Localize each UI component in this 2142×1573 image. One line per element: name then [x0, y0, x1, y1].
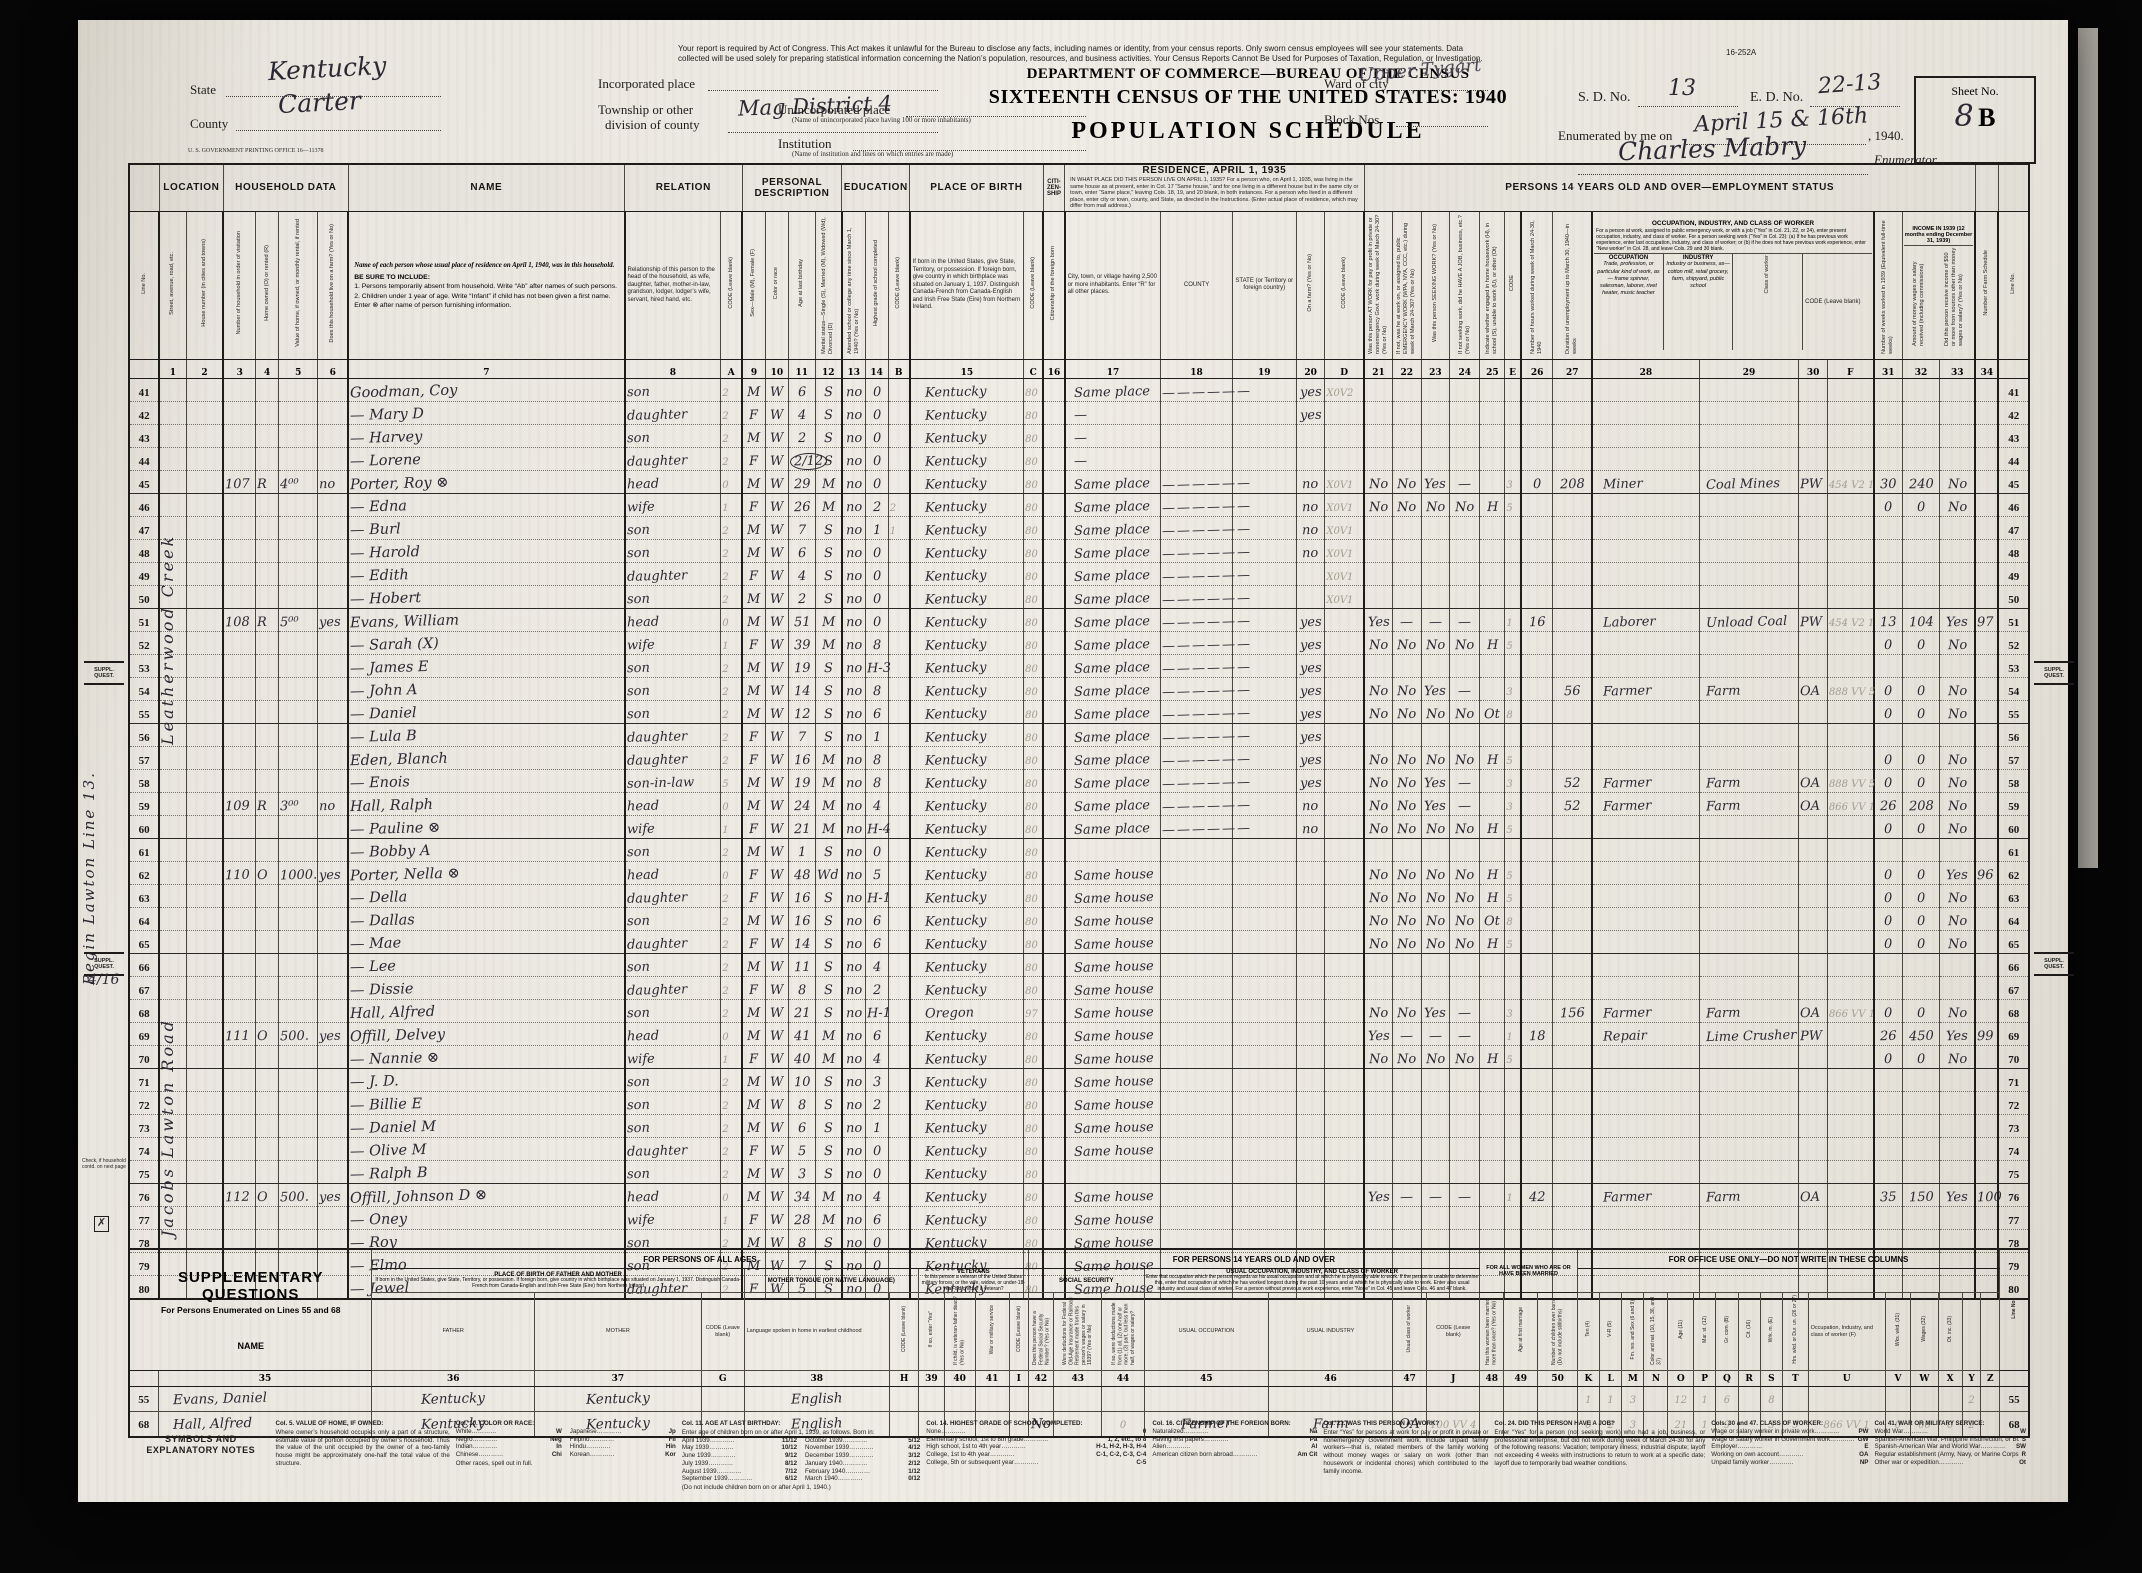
cell-f20-52: yes: [1296, 631, 1325, 654]
census-row-58: 58— Enoisson-in-law5MW19Mno8Kentucky80Sa…: [129, 769, 2029, 792]
cell-b-42: [888, 401, 909, 424]
cell-q23-46: No: [1421, 493, 1450, 516]
cell-f20-56: yes: [1296, 723, 1325, 746]
cell-name-68: Hall, Alfred: [348, 999, 624, 1022]
cell-h6-62: yes: [318, 861, 348, 884]
group-header-6: EDUCATION: [842, 164, 910, 211]
cell-q21-63: No: [1364, 884, 1393, 907]
cell-name-42: — Mary D: [348, 401, 624, 424]
cell-age-70: 40: [788, 1045, 815, 1068]
cell-sch-61: no: [842, 838, 865, 861]
cell-ind-68: Farm: [1699, 999, 1799, 1022]
cell-q23-59: Yes: [1421, 792, 1450, 815]
cell-gr-63: H-1: [865, 884, 888, 907]
cell-r17-73: Same house: [1065, 1114, 1161, 1137]
cell-d-71: [1325, 1068, 1364, 1091]
cell-h6-71: [318, 1068, 348, 1091]
cell-mar-63: S: [815, 884, 842, 907]
cell-q22-49: [1393, 562, 1422, 585]
cell-q21-48: [1364, 539, 1393, 562]
cell-w32-72: [1902, 1091, 1939, 1114]
col-number-h5: 5: [279, 359, 318, 378]
cell-race-42: W: [765, 401, 788, 424]
cell-c-75: 80: [1024, 1160, 1044, 1183]
cell-b-62: [888, 861, 909, 884]
cell-age-77: 28: [788, 1206, 815, 1229]
cell-b-50: [888, 585, 909, 608]
cell-d27-46: [1553, 493, 1592, 516]
cell-name-63: — Della: [348, 884, 624, 907]
cell-occ-51: Laborer: [1592, 608, 1699, 631]
cell-h3-72: [223, 1091, 255, 1114]
cell-race-53: W: [765, 654, 788, 677]
cell-c-59: 80: [1024, 792, 1044, 815]
col-number-q22: 22: [1393, 359, 1422, 378]
cell-h4-51: R: [256, 608, 279, 631]
cell-q23-68: Yes: [1421, 999, 1450, 1022]
cell-h6-73: [318, 1114, 348, 1137]
cell-ln-59: 59: [129, 792, 159, 815]
cell-q23-42: [1421, 401, 1450, 424]
cell-lnR-45: 45: [1998, 470, 2029, 493]
cell-age-76: 34: [788, 1183, 815, 1206]
cell-hn-72: [186, 1091, 223, 1114]
cell-d27-45: 208: [1553, 470, 1592, 493]
cell-rel-69: head: [625, 1022, 721, 1045]
cell-mar-48: S: [815, 539, 842, 562]
cell-w31-60: 0: [1874, 815, 1903, 838]
cell-d27-42: [1553, 401, 1592, 424]
cell-c-48: 80: [1024, 539, 1044, 562]
cell-name-45: Porter, Roy ⊗: [348, 470, 624, 493]
cell-f20-75: [1296, 1160, 1325, 1183]
cell-gr-65: 6: [865, 930, 888, 953]
cell-q21-64: No: [1364, 907, 1393, 930]
cell-q23-48: [1421, 539, 1450, 562]
cell-q24-63: No: [1450, 884, 1480, 907]
cell-d27-43: [1553, 424, 1592, 447]
cell-h3-48: [223, 539, 255, 562]
cell-pob-64: Kentucky: [910, 907, 1024, 930]
cell-h5-61: [279, 838, 318, 861]
privacy-notice-line2: collected will be used solely for prepar…: [678, 54, 1798, 64]
cell-sch-41: no: [842, 378, 865, 401]
census-row-46: 46— Ednawife1FW26Mno22Kentucky80Same pla…: [129, 493, 2029, 516]
cell-f-64: [1827, 907, 1873, 930]
cell-occ-44: [1592, 447, 1699, 470]
cell-lnR-66: 66: [1998, 953, 2029, 976]
cell-r18-67: [1161, 976, 1232, 999]
cell-ln-53: 53: [129, 654, 159, 677]
cell-cit-47: [1043, 516, 1064, 539]
cell-cit-58: [1043, 769, 1064, 792]
cell-ind-59: Farm: [1699, 792, 1799, 815]
cell-fs-60: [1975, 815, 1998, 838]
cell-w33-46: No: [1940, 493, 1976, 516]
cell-h26-50: [1521, 585, 1553, 608]
cell-d27-53: [1553, 654, 1592, 677]
cell-fs-75: [1975, 1160, 1998, 1183]
cell-h4-61: [256, 838, 279, 861]
supplement-band-0: FOR PERSONS OF ALL AGES: [372, 1249, 1028, 1269]
cell-f20-53: yes: [1296, 654, 1325, 677]
cell-sex-47: M: [742, 516, 765, 539]
cell-fs-42: [1975, 401, 1998, 424]
cell-cit-50: [1043, 585, 1064, 608]
enumerator-name: Charles Mabry: [1618, 131, 1807, 167]
cell-d27-41: [1553, 378, 1592, 401]
cell-r18-42: [1161, 401, 1232, 424]
cell-q24-75: [1450, 1160, 1480, 1183]
cell-st-58: [159, 769, 186, 792]
cell-rel-74: daughter: [625, 1137, 721, 1160]
sup-col-header-P: Mar. st. (12): [1694, 1293, 1716, 1371]
cell-w32-60: 0: [1902, 815, 1939, 838]
col-header-c: CODE (Leave blank): [1024, 211, 1044, 359]
cell-name-57: Eden, Blanch: [348, 746, 624, 769]
cell-lnR-64: 64: [1998, 907, 2029, 930]
cell-q23-71: [1421, 1068, 1450, 1091]
cell-r17-42: —: [1065, 401, 1161, 424]
cell-cls-65: [1799, 930, 1828, 953]
cell-r17-41: Same place: [1065, 378, 1161, 401]
cell-a-67: 2: [721, 976, 742, 999]
cell-ln-42: 42: [129, 401, 159, 424]
cell-r18-69: [1161, 1022, 1232, 1045]
sd-no-value: 13: [1668, 76, 1696, 101]
cell-q23-63: No: [1421, 884, 1450, 907]
cell-h26-66: [1521, 953, 1553, 976]
cell-name-46: — Edna: [348, 493, 624, 516]
census-row-49: 49— Edithdaughter2FW4Sno0Kentucky80Same …: [129, 562, 2029, 585]
cell-gr-66: 4: [865, 953, 888, 976]
cell-a-54: 2: [721, 677, 742, 700]
cell-sex-68: M: [742, 999, 765, 1022]
cell-w33-54: No: [1940, 677, 1976, 700]
cell-d27-44: [1553, 447, 1592, 470]
cell-mar-71: S: [815, 1068, 842, 1091]
cell-age-54: 14: [788, 677, 815, 700]
sup-col-header-v41: War or military service: [975, 1293, 1009, 1371]
cell-q25-71: [1480, 1068, 1505, 1091]
cell-q21-52: No: [1364, 631, 1393, 654]
census-row-48: 48— Haroldson2MW6Sno0Kentucky80Same plac…: [129, 539, 2029, 562]
cell-h3-49: [223, 562, 255, 585]
cell-hn-70: [186, 1045, 223, 1068]
cell-fs-77: [1975, 1206, 1998, 1229]
cell-mar-68: S: [815, 999, 842, 1022]
cell-w33-49: [1940, 562, 1976, 585]
cell-age-64: 16: [788, 907, 815, 930]
cell-c-51: 80: [1024, 608, 1044, 631]
sup-col-header-o46: USUAL INDUSTRY: [1268, 1293, 1392, 1371]
cell-q24-45: —: [1450, 470, 1480, 493]
cell-e-41: [1505, 378, 1521, 401]
cell-c-62: 80: [1024, 861, 1044, 884]
cell-f-66: [1827, 953, 1873, 976]
cell-hn-53: [186, 654, 223, 677]
cell-d27-57: [1553, 746, 1592, 769]
cell-cls-52: [1799, 631, 1828, 654]
cell-fs-56: [1975, 723, 1998, 746]
subgroup-usual-occupation: USUAL OCCUPATION, INDUSTRY, AND CLASS OF…: [1144, 1269, 1479, 1293]
cell-h4-45: R: [256, 470, 279, 493]
cell-occ-71: [1592, 1068, 1699, 1091]
col-header-w31: Number of weeks worked in 1939 (Equivale…: [1874, 211, 1903, 359]
cell-cit-67: [1043, 976, 1064, 999]
cell-cit-46: [1043, 493, 1064, 516]
cell-ln-65: 65: [129, 930, 159, 953]
cell-name-74: — Olive M: [348, 1137, 624, 1160]
cell-sch-47: no: [842, 516, 865, 539]
cell-q25-69: [1480, 1022, 1505, 1045]
sup-col-number-U: U: [1808, 1371, 1885, 1387]
cell-sch-59: no: [842, 792, 865, 815]
cell-occ-43: [1592, 424, 1699, 447]
cell-pob-63: Kentucky: [910, 884, 1024, 907]
cell-pob-49: Kentucky: [910, 562, 1024, 585]
col-number-w32: 32: [1902, 359, 1939, 378]
cell-b-55: [888, 700, 909, 723]
cell-h4-42: [256, 401, 279, 424]
census-row-45: 45107R4⁰⁰noPorter, Roy ⊗head0MW29Mno0Ken…: [129, 470, 2029, 493]
cell-race-49: W: [765, 562, 788, 585]
cell-q21-75: [1364, 1160, 1393, 1183]
note-block-0: SYMBOLS AND EXPLANATORY NOTES: [132, 1420, 270, 1492]
cell-f20-71: [1296, 1068, 1325, 1091]
cell-gr-62: 5: [865, 861, 888, 884]
cell-d-73: [1325, 1114, 1364, 1137]
cell-occ-56: [1592, 723, 1699, 746]
cell-q24-61: [1450, 838, 1480, 861]
census-row-74: 74— Olive Mdaughter2FW5Sno0Kentucky80Sam…: [129, 1137, 2029, 1160]
cell-q21-76: Yes: [1364, 1183, 1393, 1206]
cell-q24-52: No: [1450, 631, 1480, 654]
cell-w32-61: [1902, 838, 1939, 861]
cell-sch-76: no: [842, 1183, 865, 1206]
cell-lnR-53: 53: [1998, 654, 2029, 677]
cell-d-48: X0V1: [1325, 539, 1364, 562]
cell-q23-67: [1421, 976, 1450, 999]
cell-r17-67: Same house: [1065, 976, 1161, 999]
unincorporated-subnote: (Name of unincorporated place having 100…: [792, 116, 971, 124]
cell-cls-74: [1799, 1137, 1828, 1160]
cell-occ-67: [1592, 976, 1699, 999]
cell-r17-68: Same house: [1065, 999, 1161, 1022]
cell-lnR-75: 75: [1998, 1160, 2029, 1183]
cell-f20-65: [1296, 930, 1325, 953]
sup-cell-P-55: 1: [1694, 1387, 1716, 1412]
sup-cell-v41-55: [975, 1387, 1009, 1412]
sup-col-number-w48: 48: [1480, 1371, 1504, 1387]
cell-w31-46: 0: [1874, 493, 1903, 516]
cell-h5-48: [279, 539, 318, 562]
col-number-a: A: [721, 359, 742, 378]
col-number-sch: 13: [842, 359, 865, 378]
cell-sch-42: no: [842, 401, 865, 424]
cell-ind-56: [1699, 723, 1799, 746]
cell-h26-58: [1521, 769, 1553, 792]
cell-race-63: W: [765, 884, 788, 907]
cell-e-52: 5: [1505, 631, 1521, 654]
cell-r17-46: Same place: [1065, 493, 1161, 516]
cell-q22-68: No: [1393, 999, 1422, 1022]
sup-cell-N-55: [1644, 1387, 1668, 1412]
cell-d27-64: [1553, 907, 1592, 930]
census-row-62: 62110O1000.yesPorter, Nella ⊗head0FW48Wd…: [129, 861, 2029, 884]
cell-f-48: [1827, 539, 1873, 562]
cell-b-71: [888, 1068, 909, 1091]
sup-col-header-R: Cit. (16): [1738, 1293, 1760, 1371]
cell-ln-73: 73: [129, 1114, 159, 1137]
cell-lnR-65: 65: [1998, 930, 2029, 953]
cell-d-66: [1325, 953, 1364, 976]
cell-gr-53: H-3: [865, 654, 888, 677]
cell-r18-55: ——————: [1161, 700, 1232, 723]
cell-e-53: [1505, 654, 1521, 677]
cell-w33-69: Yes: [1940, 1022, 1976, 1045]
cell-q23-49: [1421, 562, 1450, 585]
cell-r17-52: Same place: [1065, 631, 1161, 654]
cell-age-43: 2: [788, 424, 815, 447]
cell-pob-76: Kentucky: [910, 1183, 1024, 1206]
cell-rel-63: daughter: [625, 884, 721, 907]
cell-q24-59: —: [1450, 792, 1480, 815]
cell-gr-45: 0: [865, 470, 888, 493]
cell-q22-69: —: [1393, 1022, 1422, 1045]
census-row-42: 42— Mary Ddaughter2FW4Sno0Kentucky80—yes…: [129, 401, 2029, 424]
cell-name-44: — Lorene: [348, 447, 624, 470]
cell-sex-54: M: [742, 677, 765, 700]
sup-col-header-f36: FATHER: [372, 1293, 535, 1371]
cell-q23-73: [1421, 1114, 1450, 1137]
cell-mar-59: M: [815, 792, 842, 815]
cell-hn-41: [186, 378, 223, 401]
cell-age-62: 48: [788, 861, 815, 884]
cell-occ-54: Farmer: [1592, 677, 1699, 700]
cell-sex-73: M: [742, 1114, 765, 1137]
cell-cls-71: [1799, 1068, 1828, 1091]
sd-no-label: S. D. No.: [1578, 90, 1631, 106]
cell-r18-70: [1161, 1045, 1232, 1068]
cell-sch-51: no: [842, 608, 865, 631]
cell-age-57: 16: [788, 746, 815, 769]
cell-d-68: [1325, 999, 1364, 1022]
cell-mar-60: M: [815, 815, 842, 838]
cell-rel-57: daughter: [625, 746, 721, 769]
cell-h4-46: [256, 493, 279, 516]
cell-mar-58: M: [815, 769, 842, 792]
cell-w31-58: 0: [1874, 769, 1903, 792]
cell-q23-66: [1421, 953, 1450, 976]
cell-ln-46: 46: [129, 493, 159, 516]
col-number-age: 11: [788, 359, 815, 378]
cell-sch-63: no: [842, 884, 865, 907]
cell-lnR-73: 73: [1998, 1114, 2029, 1137]
cell-w32-48: [1902, 539, 1939, 562]
cell-f20-47: no: [1296, 516, 1325, 539]
cell-mar-42: S: [815, 401, 842, 424]
cell-w32-49: [1902, 562, 1939, 585]
cell-race-73: W: [765, 1114, 788, 1137]
cell-cls-73: [1799, 1114, 1828, 1137]
cell-r18-60: ——————: [1161, 815, 1232, 838]
cell-pob-70: Kentucky: [910, 1045, 1024, 1068]
cell-race-70: W: [765, 1045, 788, 1068]
cell-f-71: [1827, 1068, 1873, 1091]
sup-cell-M-55: 3: [1622, 1387, 1644, 1412]
sup-cell-S-55: 8: [1760, 1387, 1782, 1412]
sup-cell-v39-55: [919, 1387, 945, 1412]
cell-fs-69: 99: [1975, 1022, 1998, 1045]
cell-rel-51: head: [625, 608, 721, 631]
cell-h4-60: [256, 815, 279, 838]
cell-cit-44: [1043, 447, 1064, 470]
col-number-occ: 28: [1592, 359, 1699, 378]
cell-h5-69: 500.: [279, 1022, 318, 1045]
cell-h5-54: [279, 677, 318, 700]
cell-w33-70: No: [1940, 1045, 1976, 1068]
cell-b-51: [888, 608, 909, 631]
cell-name-53: — James E: [348, 654, 624, 677]
cell-q24-49: [1450, 562, 1480, 585]
cell-lnR-69: 69: [1998, 1022, 2029, 1045]
cell-r18-62: [1161, 861, 1232, 884]
cell-race-71: W: [765, 1068, 788, 1091]
cell-b-52: [888, 631, 909, 654]
cell-c-60: 80: [1024, 815, 1044, 838]
col-number-q21: 21: [1364, 359, 1393, 378]
cell-name-48: — Harold: [348, 539, 624, 562]
col-header-r19: STATE (or Territory or foreign country): [1232, 211, 1296, 359]
cell-sex-46: F: [742, 493, 765, 516]
cell-w31-47: [1874, 516, 1903, 539]
cell-d-42: [1325, 401, 1364, 424]
cell-h6-63: [318, 884, 348, 907]
cell-occ-46: [1592, 493, 1699, 516]
cell-d27-73: [1553, 1114, 1592, 1137]
cell-q23-43: [1421, 424, 1450, 447]
cell-age-51: 51: [788, 608, 815, 631]
cell-pob-77: Kentucky: [910, 1206, 1024, 1229]
cell-sex-49: F: [742, 562, 765, 585]
cell-occ-65: [1592, 930, 1699, 953]
col-header-sex: Sex—Male (M), Female (F): [742, 211, 765, 359]
cell-f-65: [1827, 930, 1873, 953]
col-header-occupation-group: OCCUPATION, INDUSTRY, AND CLASS OF WORKE…: [1592, 211, 1874, 359]
cell-cit-43: [1043, 424, 1064, 447]
cell-age-49: 4: [788, 562, 815, 585]
cell-lnR-49: 49: [1998, 562, 2029, 585]
cell-age-71: 10: [788, 1068, 815, 1091]
cell-ind-67: [1699, 976, 1799, 999]
cell-d-52: [1325, 631, 1364, 654]
sup-cell-T-55: [1783, 1387, 1809, 1412]
cell-q24-55: No: [1450, 700, 1480, 723]
col-number-ln: [129, 359, 159, 378]
cell-hn-49: [186, 562, 223, 585]
cell-q24-56: [1450, 723, 1480, 746]
cell-q22-44: [1393, 447, 1422, 470]
cell-b-47: 1: [888, 516, 909, 539]
cell-ind-54: Farm: [1699, 677, 1799, 700]
cell-ind-73: [1699, 1114, 1799, 1137]
cell-fs-48: [1975, 539, 1998, 562]
cell-cls-55: [1799, 700, 1828, 723]
cell-r19-67: [1232, 976, 1296, 999]
cell-a-64: 2: [721, 907, 742, 930]
cell-occ-64: [1592, 907, 1699, 930]
